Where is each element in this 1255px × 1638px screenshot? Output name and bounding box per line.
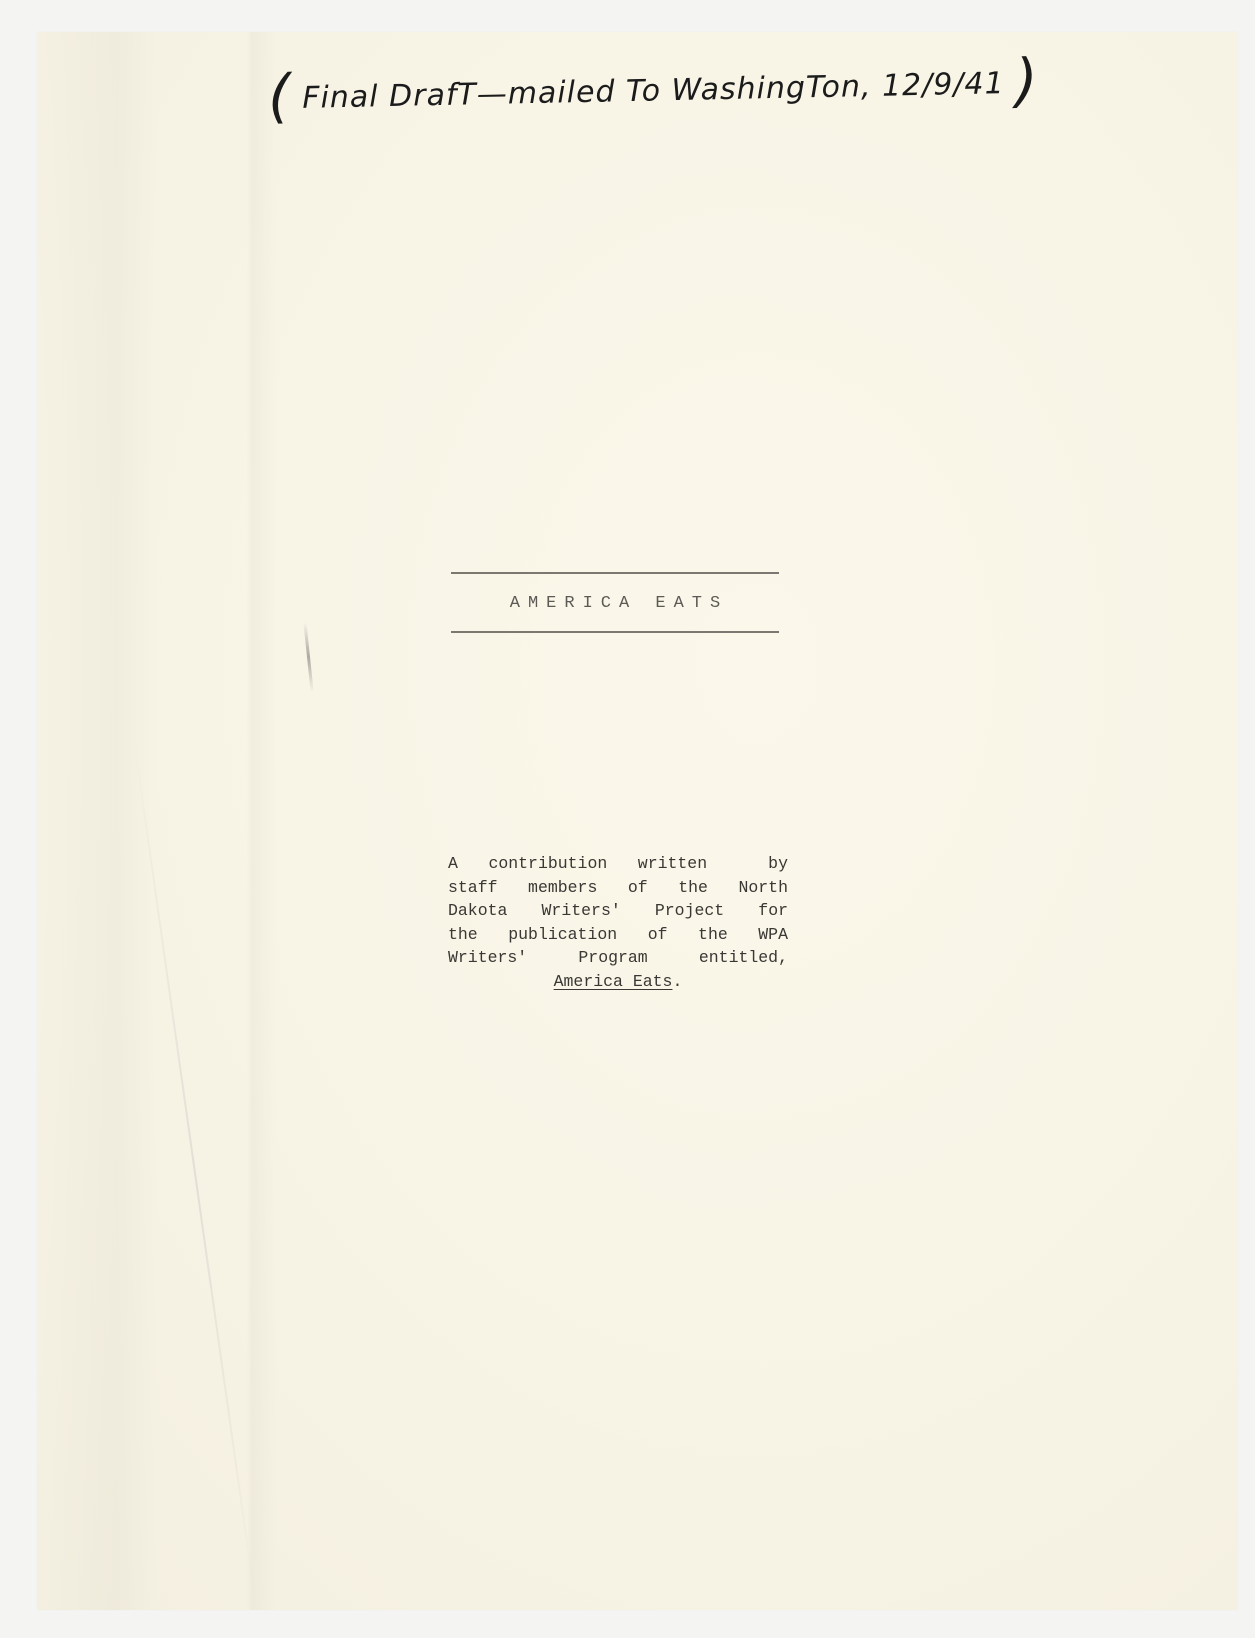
open-paren: ( bbox=[267, 62, 292, 130]
underlined-title: America Eats bbox=[554, 972, 673, 991]
description-closing: America Eats. bbox=[448, 970, 788, 994]
document-title: AMERICA EATS bbox=[450, 594, 780, 613]
description-paragraph: A contribution written by staff members … bbox=[448, 852, 788, 993]
description-line: A contribution written by bbox=[448, 852, 788, 876]
description-line: staff members of the North bbox=[448, 876, 788, 900]
pencil-margin-mark bbox=[303, 622, 313, 692]
title-rule-top bbox=[451, 572, 779, 574]
title-block: AMERICA EATS bbox=[450, 572, 780, 633]
title-rule-bottom bbox=[451, 631, 779, 633]
handwritten-note-text: Final DrafT—mailed To WashingTon, 12/9/4… bbox=[302, 66, 1005, 116]
paper-crease bbox=[132, 732, 259, 1624]
document-page bbox=[37, 32, 1238, 1610]
description-line: Dakota Writers' Project for bbox=[448, 899, 788, 923]
description-line: Writers' Program entitled, bbox=[448, 946, 788, 970]
description-line: the publication of the WPA bbox=[448, 923, 788, 947]
closing-period: . bbox=[672, 972, 682, 991]
close-paren: ) bbox=[1014, 46, 1039, 114]
